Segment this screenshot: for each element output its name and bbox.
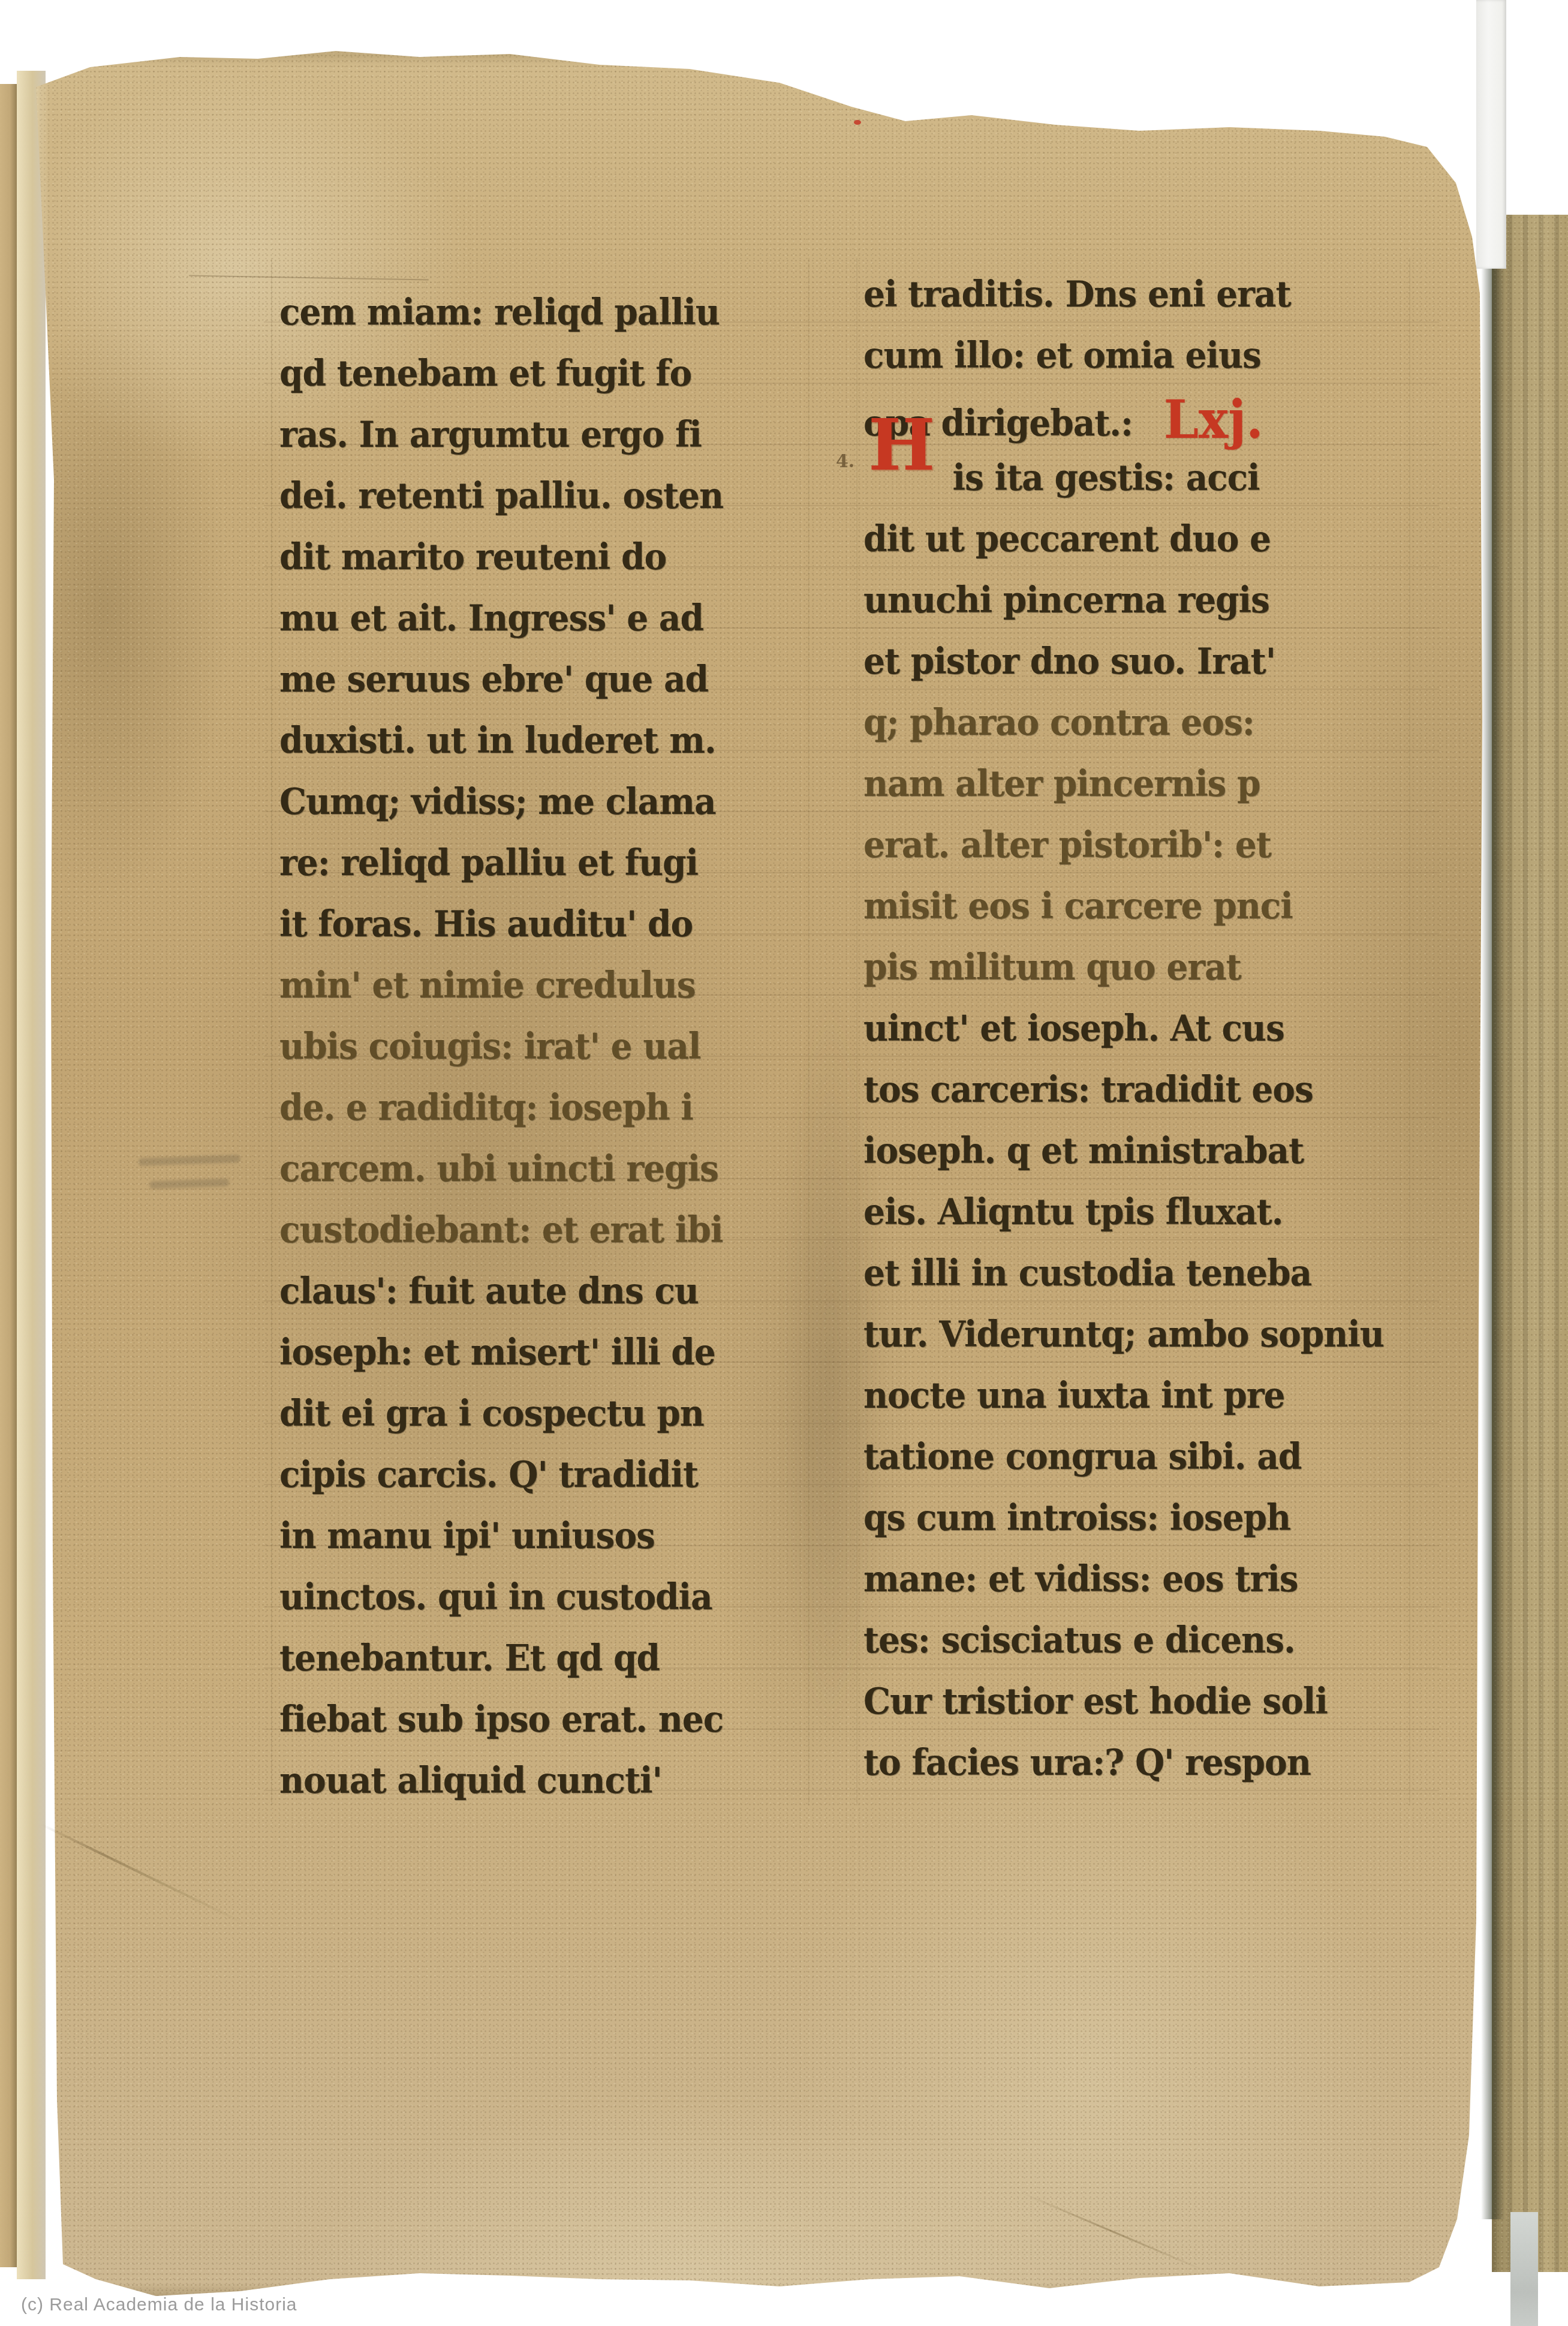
faded-note-line [149,1179,229,1189]
text-line: cem miam: reliqd palliu [279,282,775,343]
text-line: dei. retenti palliu. osten [279,465,775,527]
text-line: ioseph. q et ministrabat [863,1120,1382,1182]
text-line: is ita gestis: acci [863,447,1382,509]
text-line: uinctos. qui in custodia [279,1567,775,1628]
text-line: min' et nimie credulus [279,955,775,1016]
scanner-grey-strip [1510,2212,1538,2326]
text-line: mane: et vidiss: eos tris [863,1549,1382,1610]
rubric-chapter-number: Lxj. [1164,388,1263,450]
text-line: tatione congrua sibi. ad [863,1426,1382,1487]
text-line: nouat aliquid cuncti' [279,1750,775,1811]
text-line: misit eos i carcere pnci [863,876,1382,937]
right-text-column: ei traditis. Dns eni erat cum illo: et o… [863,264,1415,1793]
copyright-notice: (c) Real Academia de la Historia [21,2295,297,2315]
scanner-white-strip [1476,0,1506,269]
text-line: re: reliqd palliu et fugi [279,833,775,894]
text-line: Cumq; vidiss; me clama [279,771,775,833]
text-line: ei traditis. Dns eni erat [863,264,1382,325]
text-line: dit marito reuteni do [279,527,775,588]
text-line: carcem. ubi uincti regis [279,1138,775,1200]
text-line: to facies ura:? Q' respon [863,1732,1382,1793]
left-text-column: cem miam: reliqd palliu qd tenebam et fu… [279,282,807,1811]
text-line: cum illo: et omia eius [863,325,1382,386]
text-line: in manu ipi' uniusos [279,1505,775,1567]
text-line: nam alter pincernis p [863,753,1382,815]
marginal-annotation [139,1155,242,1206]
text-line: tos carceris: tradidit eos [863,1059,1382,1120]
text-line: eis. Aliqntu tpis fluxat. [863,1182,1382,1243]
gutter-shadow [1481,216,1505,2219]
text-line: ras. In argumtu ergo fi [279,404,775,465]
text-line: uinct' et ioseph. At cus [863,998,1382,1059]
text-line: me seruus ebre' que ad [279,649,775,710]
text-line: opa dirigebat.:Lxj. [863,386,1382,447]
text-line: cipis carcis. Q' tradidit [279,1444,775,1505]
text-line: et pistor dno suo. Irat' [863,631,1382,692]
text-line: et illi in custodia teneba [863,1243,1382,1304]
intercolumn-mark: 4. [836,451,854,472]
binding-hinge [17,71,46,2279]
rubric-initial: H [868,410,935,480]
facing-page-edge [0,84,18,2267]
text-line: qs cum introiss: ioseph [863,1487,1382,1549]
text-line: fiebat sub ipso erat. nec [279,1689,775,1750]
ruling-line-vertical [271,258,272,1805]
text-line: q; pharao contra eos: [863,692,1382,753]
text-line: tes: scisciatus e dicens. [863,1610,1382,1671]
text-line: it foras. His auditu' do [279,894,775,955]
text-line: pis militum quo erat [863,937,1382,998]
text-line: nocte una iuxta int pre [863,1365,1382,1426]
text-line: claus': fuit aute dns cu [279,1261,775,1322]
text-line: ubis coiugis: irat' e ual [279,1016,775,1077]
scanned-manuscript-image: cem miam: reliqd palliu qd tenebam et fu… [0,0,1568,2326]
text-line: Cur tristior est hodie soli [863,1671,1382,1732]
text-line: tenebantur. Et qd qd [279,1628,775,1689]
text-line: de. e radiditq: ioseph i [279,1077,775,1138]
text-line: tur. Videruntq; ambo sopniu [863,1304,1382,1365]
text-line: dit ei gra i cospectu pn [279,1383,775,1444]
text-line: unuchi pincerna regis [863,570,1382,631]
text-line: custodiebant: et erat ibi [279,1200,775,1261]
text-line: qd tenebam et fugit fo [279,343,775,404]
text-line: erat. alter pistorib': et [863,815,1382,876]
red-edge-mark [854,120,861,125]
text-line: duxisti. ut in luderet m. [279,710,775,771]
text-line: dit ut peccarent duo e [863,509,1382,570]
text-line: mu et ait. Ingress' e ad [279,588,775,649]
text-line: ioseph: et misert' illi de [279,1322,775,1383]
